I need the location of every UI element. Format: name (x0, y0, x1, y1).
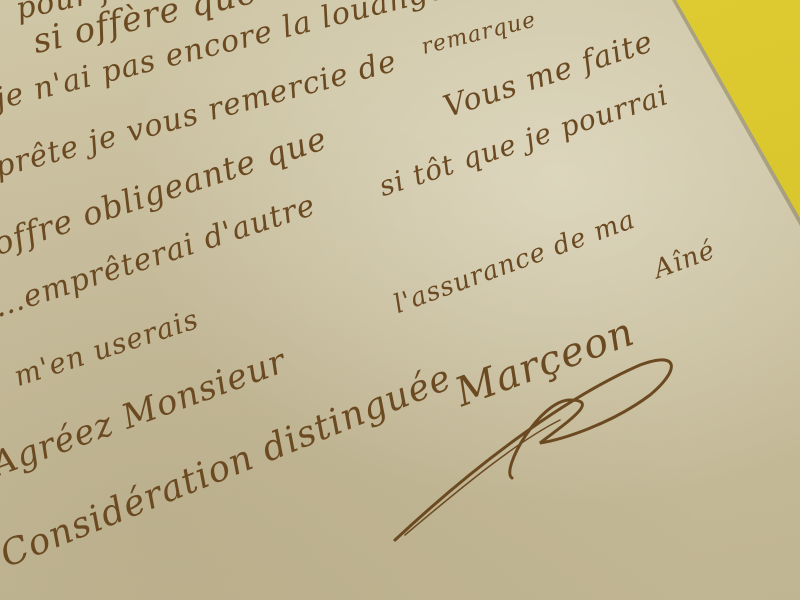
signature-flourish (0, 0, 800, 600)
photo-scene: pour fa… si offère que tout je n'ai pas … (0, 0, 800, 600)
